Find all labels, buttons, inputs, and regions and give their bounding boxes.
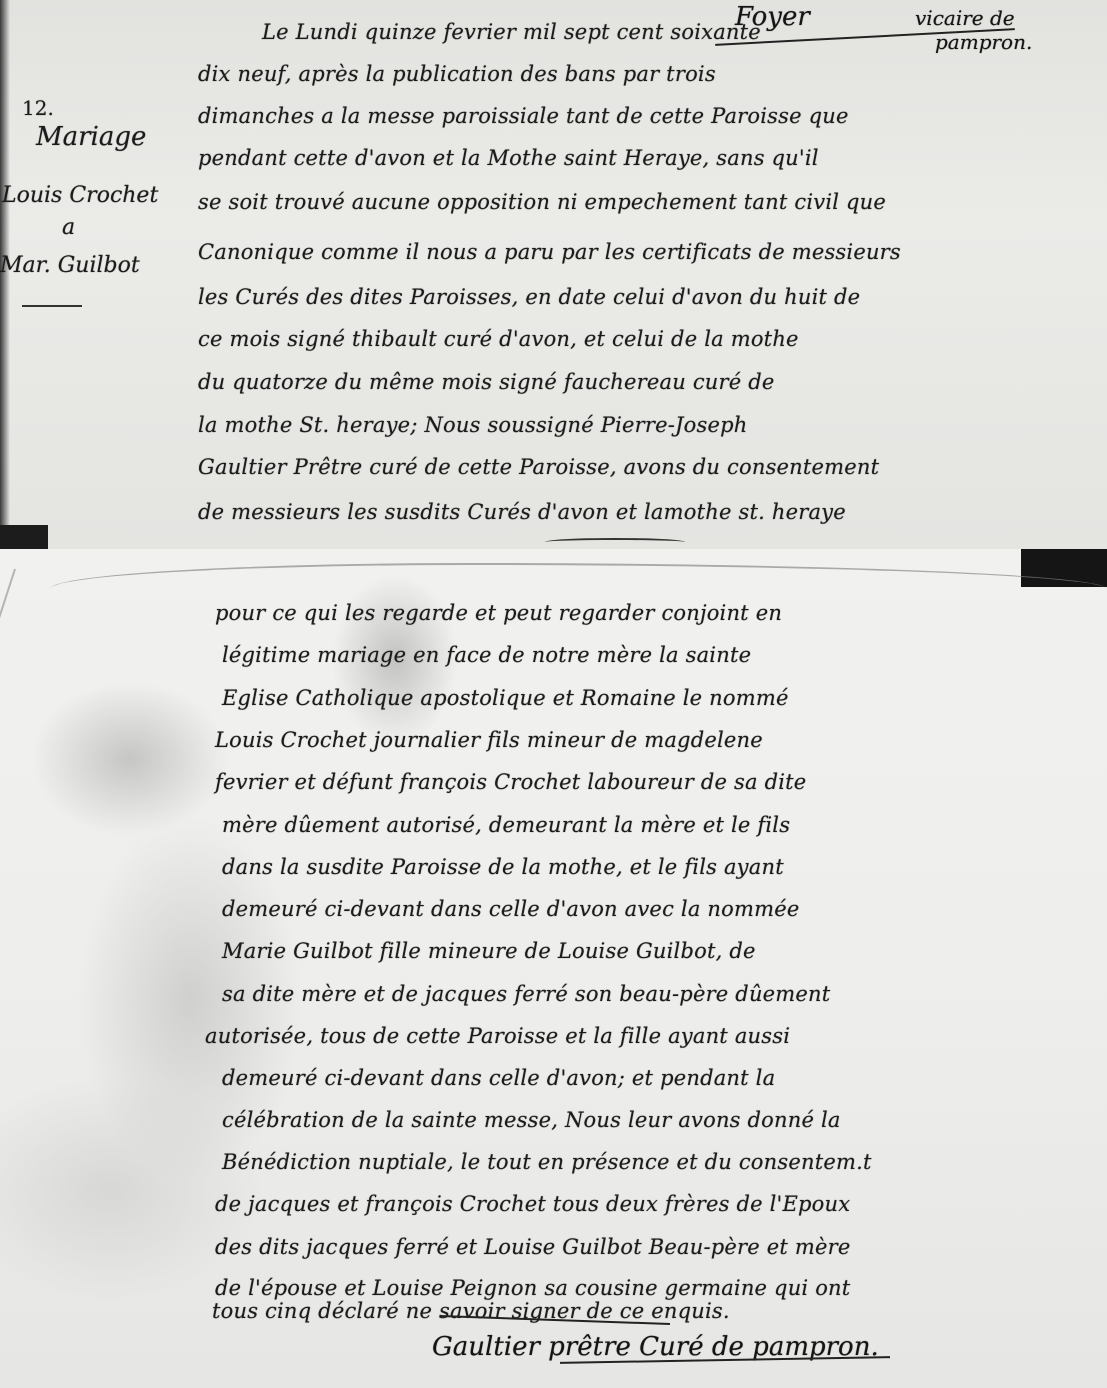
text-line: de jacques et françois Crochet tous deux… (215, 1192, 850, 1216)
margin-connector: a (62, 215, 75, 240)
text-line: Bénédiction nuptiale, le tout en présenc… (222, 1150, 872, 1174)
vicar-signature-title-line1: vicaire de (915, 6, 1015, 30)
text-line: Le Lundi quinze fevrier mil sept cent so… (262, 20, 761, 44)
text-line: fevrier et défunt françois Crochet labou… (215, 770, 806, 794)
text-line: de l'épouse et Louise Peignon sa cousine… (215, 1276, 850, 1300)
text-line: demeuré ci-devant dans celle d'avon avec… (222, 897, 799, 921)
text-line: pour ce qui les regarde et peut regarder… (215, 601, 782, 625)
text-line bride-name-line: Marie Guilbot fille mineure de Louise Gu… (222, 939, 756, 963)
text-line: demeuré ci-devant dans celle d'avon; et … (222, 1066, 775, 1090)
torn-paper-edge (50, 563, 1107, 589)
margin-groom-name: Louis Crochet (2, 183, 158, 208)
text-line: du quatorze du même mois signé faucherea… (198, 370, 775, 394)
margin-title: Mariage (36, 122, 146, 152)
text-line: dans la susdite Paroisse de la mothe, et… (222, 855, 784, 879)
text-line: dix neuf, après la publication des bans … (198, 62, 716, 86)
text-line: légitime mariage en face de notre mère l… (222, 643, 751, 667)
text-line groom-name-line: Louis Crochet journalier fils mineur de … (215, 728, 763, 752)
text-line: autorisée, tous de cette Paroisse et la … (205, 1024, 790, 1048)
margin-bride-name: Mar. Guilbot (0, 253, 140, 278)
text-line: célébration de la sainte messe, Nous leu… (222, 1108, 841, 1132)
text-line: dimanches a la messe paroissiale tant de… (198, 104, 849, 128)
text-line: de messieurs les susdits Curés d'avon et… (198, 500, 846, 524)
record-number: 12. (22, 96, 54, 120)
text-line: ce mois signé thibault curé d'avon, et c… (198, 327, 799, 351)
vicar-signature-title-line2: pampron. (935, 30, 1032, 54)
scan-corner-shadow (0, 525, 48, 549)
text-line: mère dûement autorisé, demeurant la mère… (222, 813, 790, 837)
text-line: sa dite mère et de jacques ferré son bea… (222, 982, 830, 1006)
text-line: la mothe St. heraye; Nous soussigné Pier… (198, 413, 747, 437)
text-line: pendant cette d'avon et la Mothe saint H… (198, 146, 819, 170)
end-flourish (545, 538, 685, 546)
text-line: les Curés des dites Paroisses, en date c… (198, 285, 860, 309)
text-line: des dits jacques ferré et Louise Guilbot… (215, 1235, 851, 1259)
text-line: tous cinq déclaré ne savoir signer de ce… (212, 1299, 730, 1323)
text-line: Gaultier Prêtre curé de cette Paroisse, … (198, 455, 879, 479)
scan-fragment-bottom: pour ce qui les regarde et peut regarder… (0, 549, 1107, 1388)
text-line: se soit trouvé aucune opposition ni empe… (198, 190, 886, 214)
scan-fragment-top: Foyer vicaire de pampron. 12. Mariage Lo… (0, 0, 1107, 549)
paper-fold (0, 569, 16, 722)
margin-underline (22, 305, 82, 307)
text-line: Eglise Catholique apostolique et Romaine… (222, 686, 789, 710)
text-line: Canonique comme il nous a paru par les c… (198, 240, 901, 264)
